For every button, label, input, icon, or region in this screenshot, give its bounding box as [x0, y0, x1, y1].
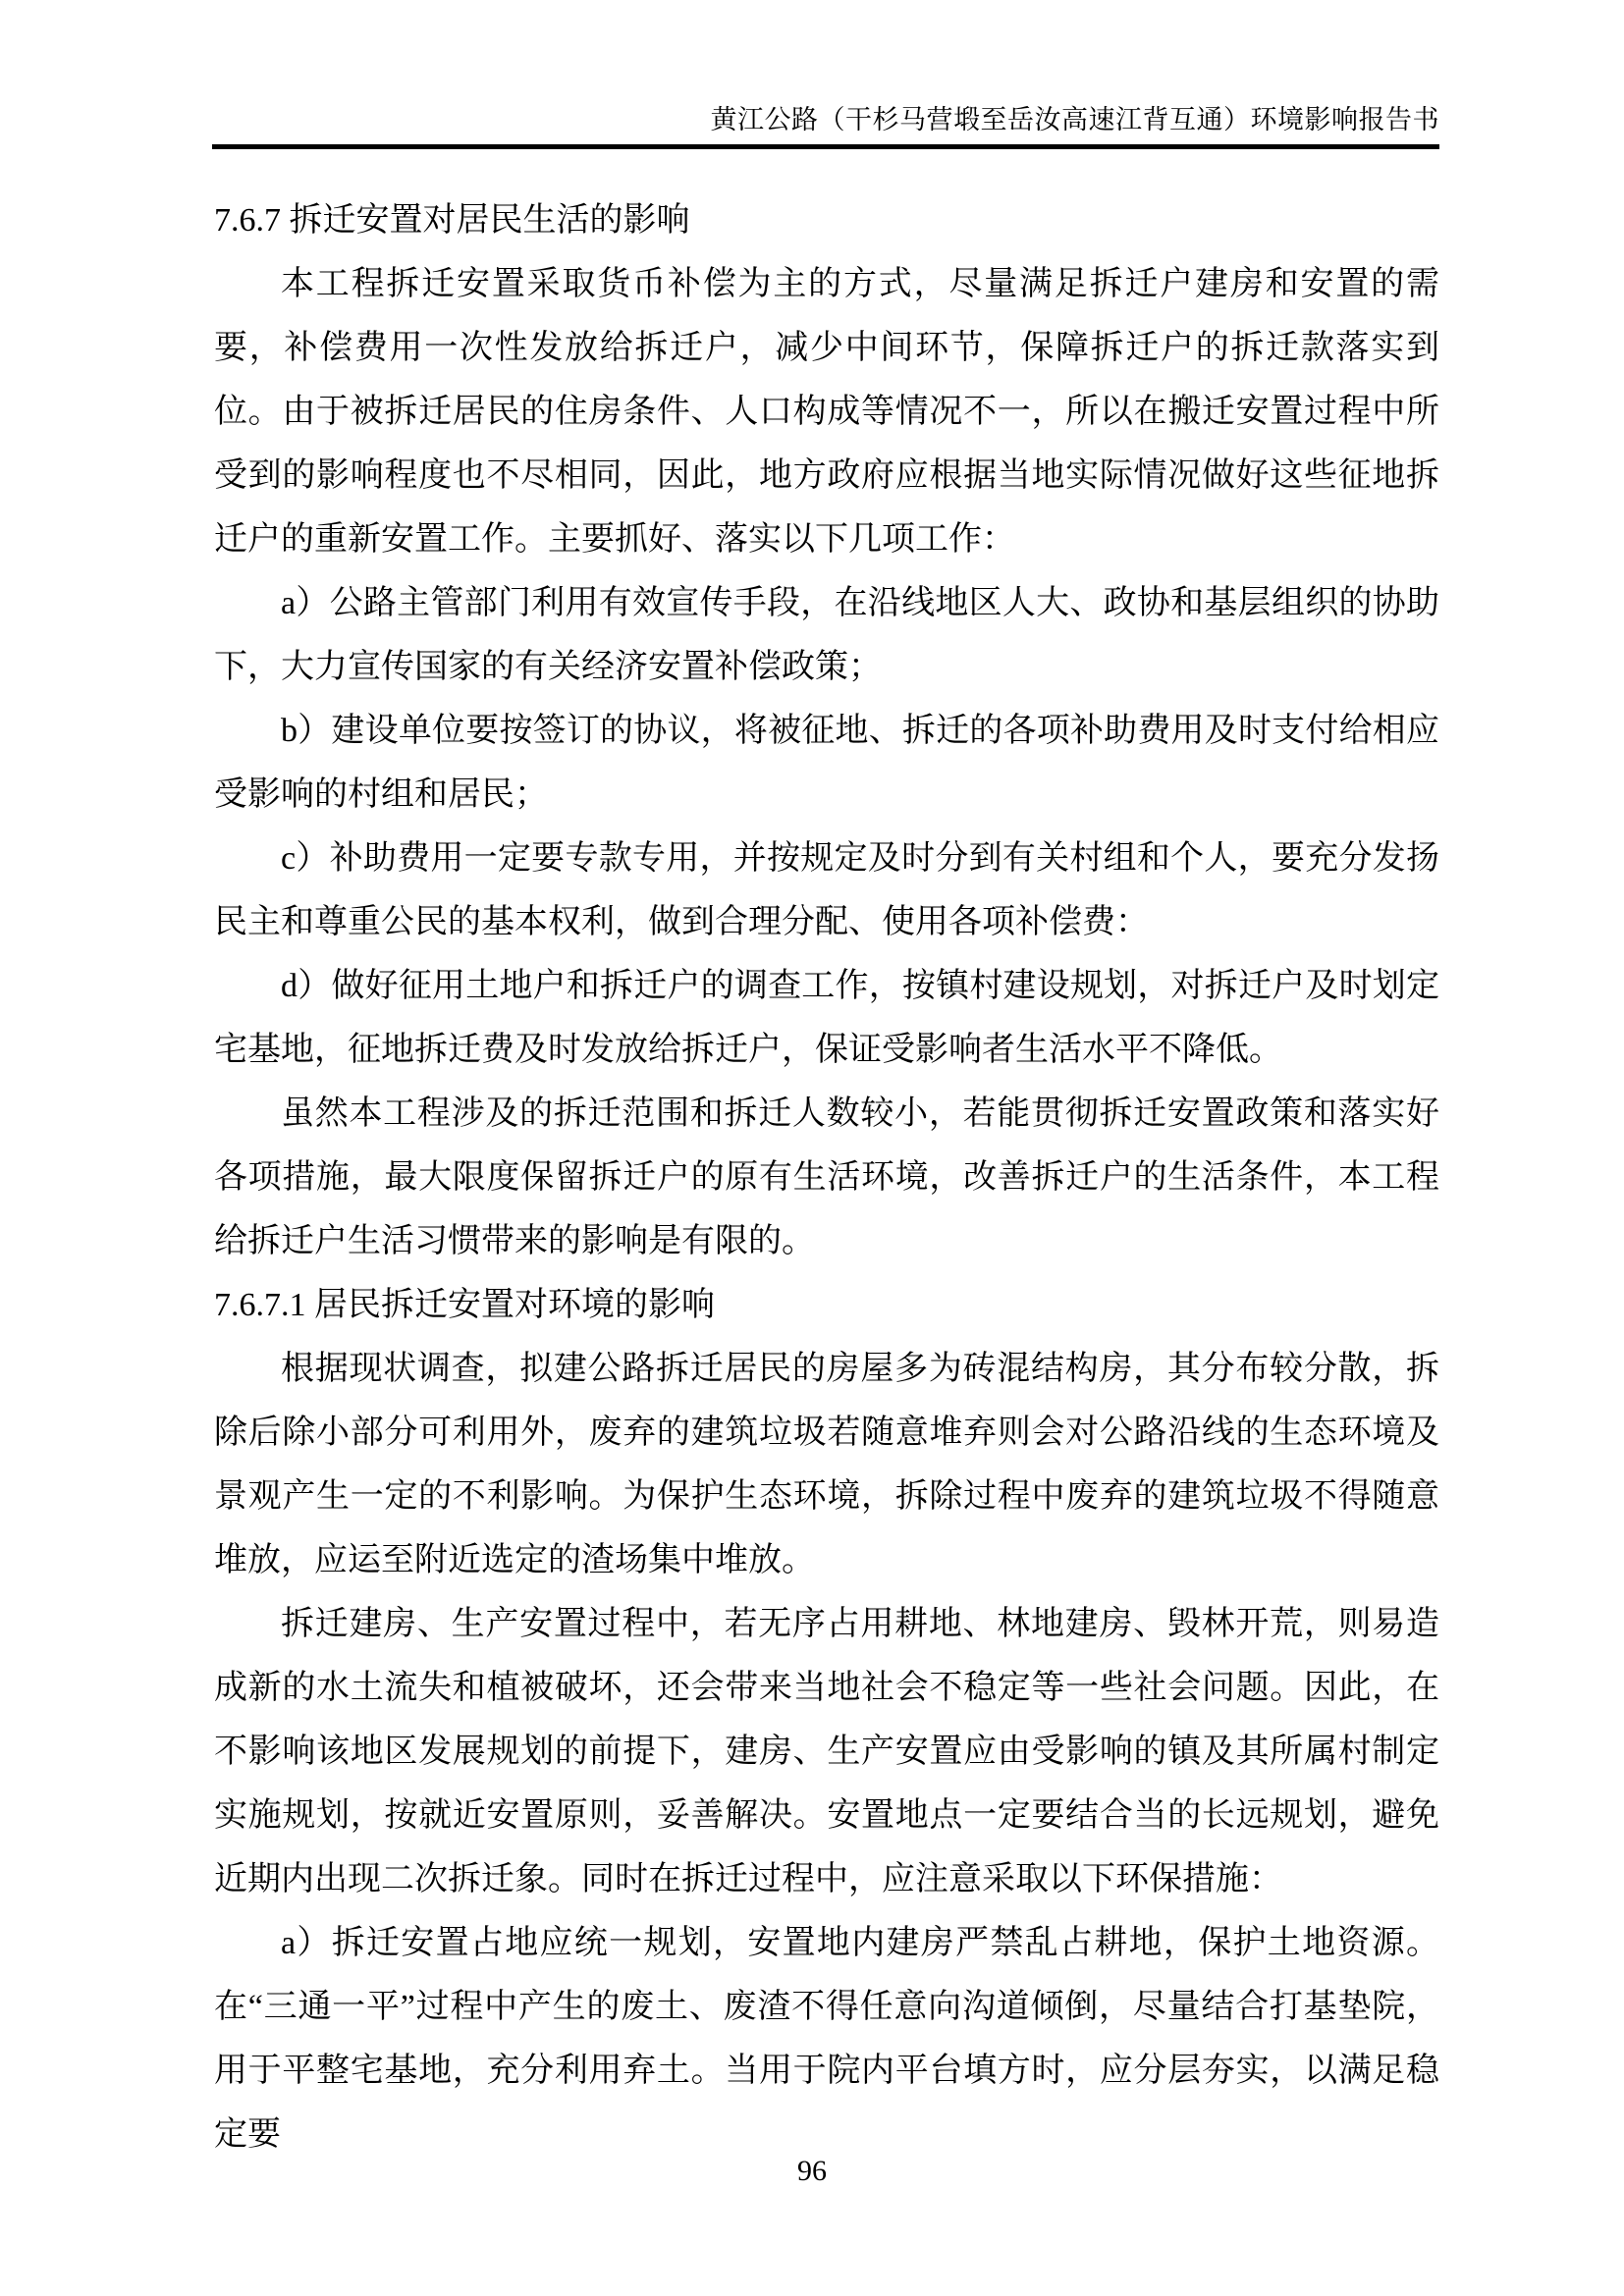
page-number: 96 [797, 2155, 827, 2187]
page-header: 黄江公路（干杉马营塅至岳汝高速江背互通）环境影响报告书 [0, 0, 1624, 149]
document-paragraph: b）建设单位要按签订的协议，将被征地、拆迁的各项补助费用及时支付给相应受影响的村… [214, 699, 1439, 827]
document-paragraph: c）补助费用一定要专款专用，并按规定及时分到有关村组和个人，要充分发扬民主和尊重… [214, 827, 1439, 954]
document-paragraph: a）公路主管部门利用有效宣传手段，在沿线地区人大、政协和基层组织的协助下，大力宣… [214, 571, 1439, 699]
running-header-title: 黄江公路（干杉马营塅至岳汝高速江背互通）环境影响报告书 [212, 104, 1439, 137]
report-page: 黄江公路（干杉马营塅至岳汝高速江背互通）环境影响报告书 7.6.7 拆迁安置对居… [0, 0, 1624, 2296]
section-heading: 7.6.7 拆迁安置对居民生活的影响 [214, 188, 1439, 252]
header-rule [212, 144, 1439, 149]
document-paragraph: 根据现状调查，拟建公路拆迁居民的房屋多为砖混结构房，其分布较分散，拆除后除小部分… [214, 1337, 1439, 1592]
document-paragraph: a）拆迁安置占地应统一规划，安置地内建房严禁乱占耕地，保护土地资源。在“三通一平… [214, 1911, 1439, 2166]
page-footer: 96 [0, 2157, 1624, 2186]
document-paragraph: 拆迁建房、生产安置过程中，若无序占用耕地、林地建房、毁林开荒，则易造成新的水土流… [214, 1592, 1439, 1911]
section-heading: 7.6.7.1 居民拆迁安置对环境的影响 [214, 1273, 1439, 1337]
document-body: 7.6.7 拆迁安置对居民生活的影响本工程拆迁安置采取货币补偿为主的方式，尽量满… [214, 188, 1439, 2166]
document-paragraph: 本工程拆迁安置采取货币补偿为主的方式，尽量满足拆迁户建房和安置的需要，补偿费用一… [214, 252, 1439, 571]
document-paragraph: 虽然本工程涉及的拆迁范围和拆迁人数较小，若能贯彻拆迁安置政策和落实好各项措施，最… [214, 1082, 1439, 1273]
document-paragraph: d）做好征用土地户和拆迁户的调查工作，按镇村建设规划，对拆迁户及时划定宅基地，征… [214, 954, 1439, 1082]
